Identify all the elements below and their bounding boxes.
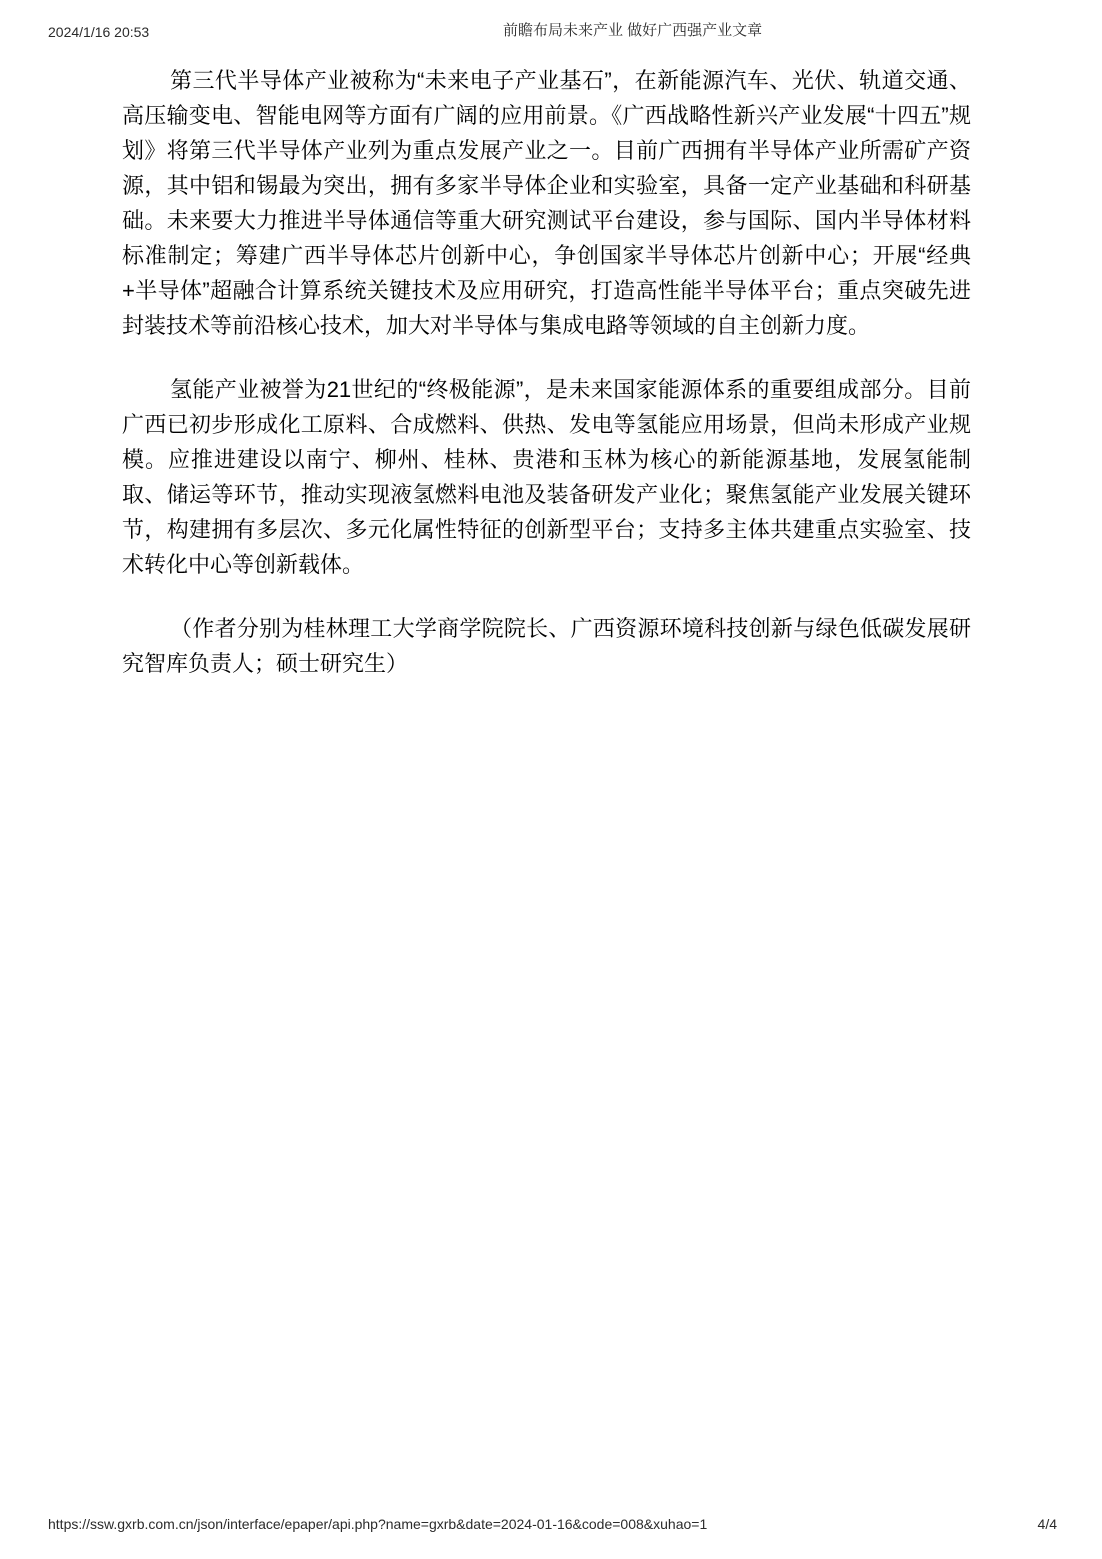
- document-title: 前瞻布局未来产业 做好广西强产业文章: [503, 22, 762, 40]
- page-number: 4/4: [1038, 1516, 1057, 1533]
- source-url: https://ssw.gxrb.com.cn/json/interface/e…: [48, 1516, 707, 1533]
- paragraph-hydrogen: 氢能产业被誉为21世纪的“终极能源”，是未来国家能源体系的重要组成部分。目前广西…: [122, 372, 971, 582]
- paragraph-semiconductor: 第三代半导体产业被称为“未来电子产业基石”，在新能源汽车、光伏、轨道交通、高压输…: [122, 63, 971, 343]
- article-body: 第三代半导体产业被称为“未来电子产业基石”，在新能源汽车、光伏、轨道交通、高压输…: [122, 63, 971, 710]
- print-footer: https://ssw.gxrb.com.cn/json/interface/e…: [48, 1516, 1057, 1533]
- print-datetime: 2024/1/16 20:53: [48, 24, 149, 40]
- print-page: 2024/1/16 20:53 前瞻布局未来产业 做好广西强产业文章 第三代半导…: [0, 0, 1102, 1559]
- paragraph-authors: （作者分别为桂林理工大学商学院院长、广西资源环境科技创新与绿色低碳发展研究智库负…: [122, 611, 971, 681]
